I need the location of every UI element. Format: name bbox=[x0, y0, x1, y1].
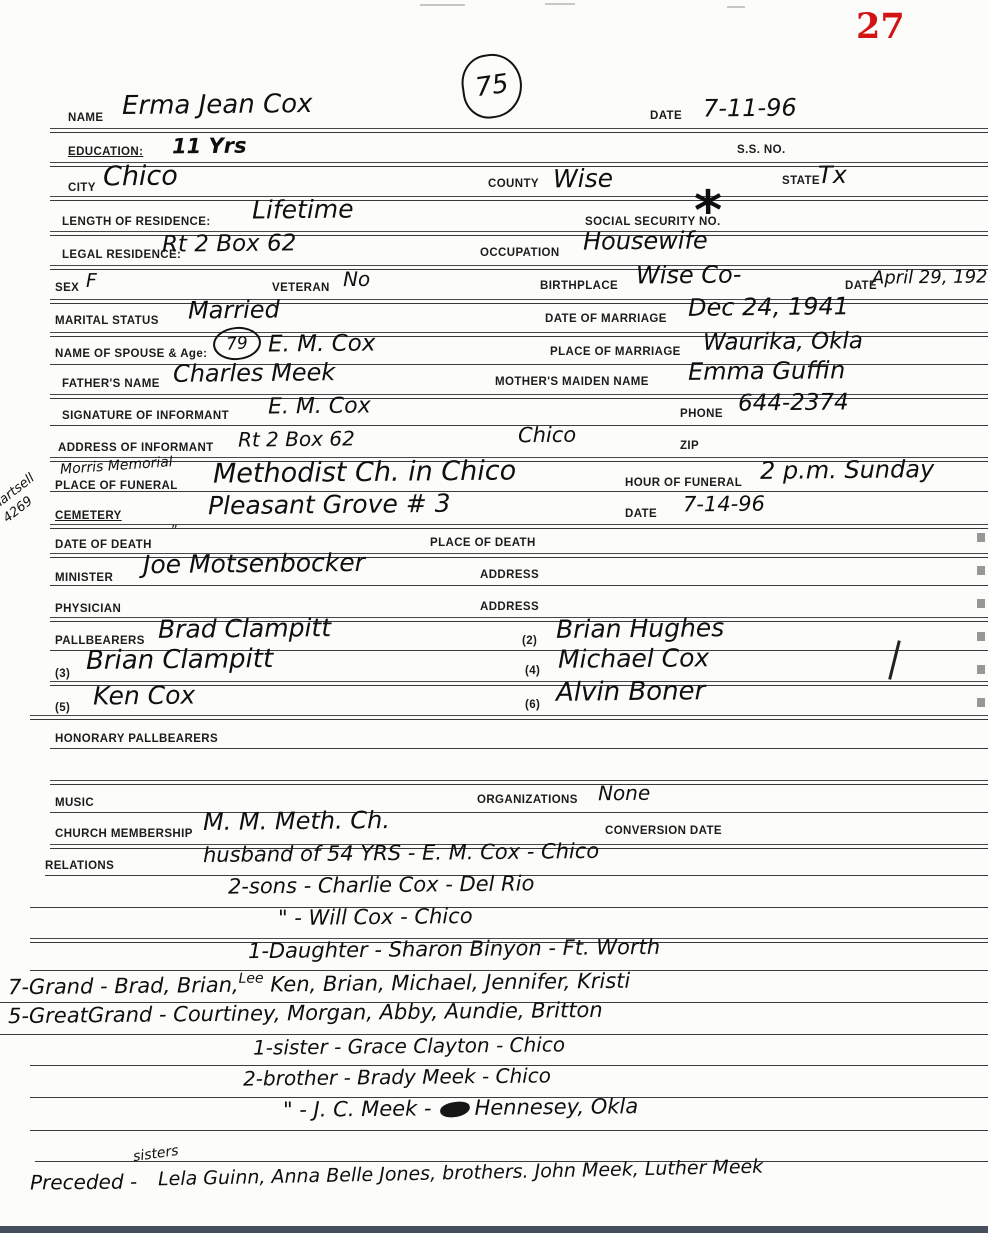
ruled-line bbox=[50, 196, 988, 201]
birthplace-value: Wise Co- bbox=[636, 262, 742, 287]
relations-line: 2-brother - Brady Meek - Chico bbox=[243, 1065, 551, 1088]
sex-value: F bbox=[86, 272, 97, 291]
cemetery-label: CEMETERY bbox=[55, 510, 122, 522]
ruled-line bbox=[50, 780, 988, 785]
phone-label: PHONE bbox=[680, 408, 723, 420]
relations-line: " - Will Cox - Chico bbox=[278, 906, 473, 929]
ruled-line bbox=[30, 1130, 988, 1131]
relations-line: 2-sons - Charlie Cox - Del Rio bbox=[228, 873, 535, 897]
scan-artifact bbox=[420, 4, 465, 6]
pallbearer-5-number: (5) bbox=[55, 702, 70, 714]
city-label: CITY bbox=[68, 182, 96, 194]
minister-label: MINISTER bbox=[55, 572, 113, 584]
zip-label: ZIP bbox=[680, 440, 699, 452]
cemetery-value: Pleasant Grove # 3 bbox=[208, 491, 451, 519]
death-date-label: DATE OF DEATH bbox=[55, 539, 152, 551]
relations-line-post: Ken, Brian, Michael, Jennifer, Kristi bbox=[270, 969, 630, 997]
pallbearer-2-value: Brian Hughes bbox=[556, 615, 725, 642]
spouse-value: E. M. Cox bbox=[268, 332, 376, 356]
legal-residence-value: Rt 2 Box 62 bbox=[162, 232, 297, 256]
spouse-label: NAME OF SPOUSE & Age: bbox=[55, 348, 207, 360]
birthplace-label: BIRTHPLACE bbox=[540, 280, 618, 292]
ruled-line bbox=[50, 812, 988, 813]
relations-line: husband of 54 YRS - E. M. Cox - Chico bbox=[203, 841, 599, 866]
minister-address-label: ADDRESS bbox=[480, 569, 539, 581]
mother-maiden-name-label: MOTHER'S MAIDEN NAME bbox=[495, 376, 649, 388]
ruled-line bbox=[50, 585, 988, 586]
sex-label: SEX bbox=[55, 282, 79, 294]
spouse-age-value: 79 bbox=[225, 333, 248, 355]
church-membership-label: CHURCH MEMBERSHIP bbox=[55, 828, 193, 840]
pallbearer-1-value: Brad Clampitt bbox=[158, 615, 331, 642]
ruled-line bbox=[50, 524, 988, 529]
pallbearer-4-number: (4) bbox=[525, 665, 540, 677]
pallbearer-4-value: Michael Cox bbox=[558, 645, 710, 672]
marriage-date-value: Dec 24, 1941 bbox=[688, 294, 849, 320]
marriage-place-value: Waurika, Okla bbox=[703, 330, 863, 355]
relations-line-pre: " - J. C. Meek - bbox=[283, 1096, 432, 1122]
mother-maiden-name-value: Emma Guffin bbox=[688, 358, 846, 384]
ruled-line bbox=[30, 715, 988, 720]
birthdate-value: April 29, 1921 bbox=[872, 268, 988, 287]
funeral-place-value: Methodist Ch. in Chico bbox=[213, 457, 516, 487]
ruled-line bbox=[50, 162, 988, 167]
death-place-label: PLACE OF DEATH bbox=[430, 537, 536, 549]
funeral-hour-value: 2 p.m. Sunday bbox=[760, 457, 934, 483]
physician-address-label: ADDRESS bbox=[480, 601, 539, 613]
pallbearer-6-number: (6) bbox=[525, 699, 540, 711]
scanned-funeral-record: 27 75 my hartsell 4269 NAME Erma Jean Co… bbox=[0, 0, 988, 1233]
marriage-place-label: PLACE OF MARRIAGE bbox=[550, 346, 681, 358]
preceded-prefix: Preceded - bbox=[30, 1171, 137, 1192]
funeral-place-label: PLACE OF FUNERAL bbox=[55, 480, 178, 492]
relations-line: 5-GreatGrand - Courtiney, Morgan, Abby, … bbox=[8, 1000, 603, 1027]
informant-city-value: Chico bbox=[518, 425, 576, 447]
organizations-label: ORGANIZATIONS bbox=[477, 794, 578, 806]
relations-line-pre: 7-Grand - Brad, Brian, bbox=[8, 973, 239, 999]
pallbearer-3-number: (3) bbox=[55, 668, 70, 680]
veteran-value: No bbox=[343, 269, 370, 289]
scan-bottom-bar bbox=[0, 1226, 988, 1233]
relations-line-grandchildren: 7-Grand - Brad, Brian,Lee Ken, Brian, Mi… bbox=[8, 968, 631, 999]
scan-tick-mark: ” bbox=[171, 524, 178, 539]
city-value: Chico bbox=[103, 163, 178, 191]
funeral-hour-label: HOUR OF FUNERAL bbox=[625, 477, 742, 489]
occupation-label: OCCUPATION bbox=[480, 247, 560, 259]
church-membership-value: M. M. Meth. Ch. bbox=[203, 808, 390, 834]
ruled-line bbox=[50, 128, 988, 133]
pallbearer-6-value: Alvin Boner bbox=[556, 678, 706, 706]
music-label: MUSIC bbox=[55, 797, 94, 809]
informant-address-value: Rt 2 Box 62 bbox=[238, 428, 355, 449]
name-label: NAME bbox=[68, 112, 103, 124]
residence-label: LENGTH OF RESIDENCE: bbox=[62, 216, 211, 228]
relations-line: 1-sister - Grace Clayton - Chico bbox=[253, 1034, 565, 1057]
residence-value: Lifetime bbox=[252, 196, 354, 222]
page-number: 27 bbox=[856, 6, 905, 47]
informant-address-label: ADDRESS OF INFORMANT bbox=[58, 442, 214, 454]
ink-blot bbox=[439, 1100, 471, 1118]
relations-superscript-lee: Lee bbox=[238, 971, 263, 987]
organizations-value: None bbox=[598, 783, 650, 804]
state-label: STATE bbox=[782, 175, 820, 187]
ruled-line bbox=[50, 491, 988, 492]
education-label: EDUCATION: bbox=[68, 146, 143, 158]
circled-age-75-value: 75 bbox=[474, 69, 511, 103]
ruled-line bbox=[50, 748, 988, 749]
ruled-line bbox=[30, 907, 988, 908]
circled-age-75: 75 bbox=[458, 50, 526, 122]
county-label: COUNTY bbox=[488, 178, 539, 190]
minister-value: Joe Motsenbocker bbox=[143, 550, 365, 577]
marriage-date-label: DATE OF MARRIAGE bbox=[545, 313, 667, 325]
funeral-date-label: DATE bbox=[625, 508, 657, 520]
scan-artifact bbox=[545, 3, 575, 5]
education-value: 11 Yrs bbox=[172, 136, 247, 158]
father-name-label: FATHER'S NAME bbox=[62, 378, 160, 390]
stray-pen-mark bbox=[888, 640, 900, 679]
spouse-age-circle: 79 bbox=[212, 325, 263, 362]
pallbearer-3-value: Brian Clampitt bbox=[86, 646, 273, 674]
occupation-value: Housewife bbox=[583, 228, 708, 253]
record-date-value: 7-11-96 bbox=[703, 96, 797, 121]
father-name-value: Charles Meek bbox=[173, 360, 335, 386]
record-date-label: DATE bbox=[650, 110, 682, 122]
state-value: Tx bbox=[818, 163, 847, 187]
marital-status-label: MARITAL STATUS bbox=[55, 315, 159, 327]
preceded-names: Lela Guinn, Anna Belle Jones, brothers. … bbox=[158, 1158, 764, 1190]
physician-label: PHYSICIAN bbox=[55, 603, 121, 615]
conversion-date-label: CONVERSION DATE bbox=[605, 825, 722, 837]
informant-signature-label: SIGNATURE OF INFORMANT bbox=[62, 410, 229, 422]
funeral-date-value: 7-14-96 bbox=[683, 494, 765, 516]
scan-artifact bbox=[727, 6, 745, 8]
relations-line: 1-Daughter - Sharon Binyon - Ft. Worth bbox=[248, 937, 660, 962]
phone-value: 644-2374 bbox=[738, 391, 849, 415]
scan-edge-noise bbox=[977, 533, 985, 731]
ruled-line bbox=[50, 265, 988, 270]
veteran-label: VETERAN bbox=[272, 282, 330, 294]
margin-note: my hartsell 4269 bbox=[0, 458, 49, 526]
relations-line-post: Hennesey, Okla bbox=[474, 1094, 638, 1120]
county-value: Wise bbox=[553, 166, 613, 192]
informant-signature-value: E. M. Cox bbox=[268, 395, 371, 418]
pallbearer-5-value: Ken Cox bbox=[93, 682, 195, 708]
relations-line-jc-meek: " - J. C. Meek -Hennesey, Okla bbox=[283, 1096, 638, 1121]
name-value: Erma Jean Cox bbox=[122, 91, 313, 119]
honorary-pallbearers-label: HONORARY PALLBEARERS bbox=[55, 733, 218, 745]
relations-label: RELATIONS bbox=[45, 860, 114, 872]
marital-status-value: Married bbox=[188, 298, 280, 323]
ss-no-label: S.S. NO. bbox=[737, 144, 786, 156]
pallbearer-2-number: (2) bbox=[522, 635, 537, 647]
